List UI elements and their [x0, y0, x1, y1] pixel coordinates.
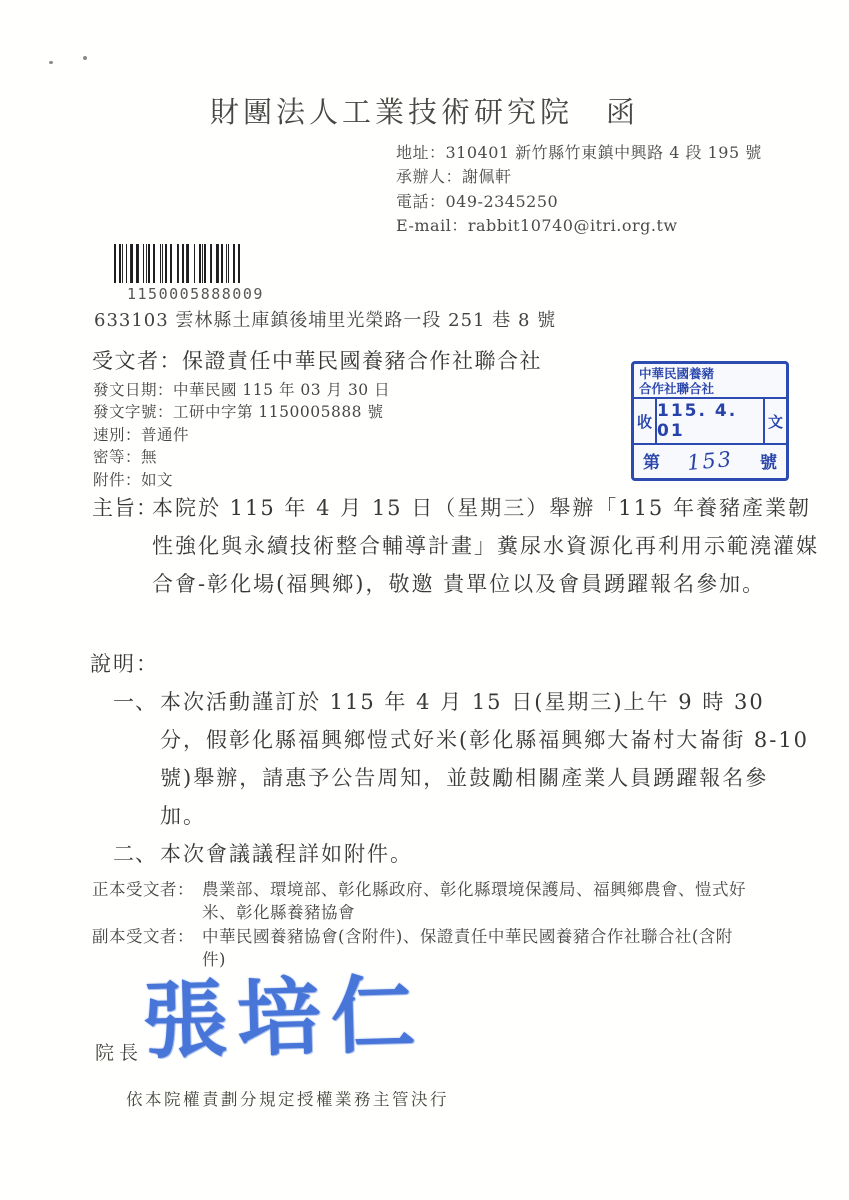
scan-artifact-dot: [49, 61, 53, 64]
security-class: 密等：無: [93, 446, 390, 468]
sender-contact-person: 承辦人：謝佩軒: [396, 165, 762, 189]
description-label: 說明：: [90, 645, 159, 683]
item-number: 一、: [113, 683, 157, 721]
letter-title: 財團法人工業技術研究院 函: [0, 90, 849, 131]
receipt-stamp: 中華民國養豬 合作社聯合社 收 115. 4. 01 文 第 153 號: [631, 361, 789, 481]
stamp-number-suffix: 號: [760, 448, 777, 473]
copy-recipients-text: 中華民國養豬協會(含附件)、保證責任中華民國養豬合作社聯合社(含附件): [202, 925, 747, 971]
copy-recipients: 副本受文者： 中華民國養豬協會(含附件)、保證責任中華民國養豬合作社聯合社(含附…: [92, 925, 849, 971]
issue-date: 發文日期：中華民國 115 年 03 月 30 日: [93, 379, 390, 401]
sender-phone: 電話：049-2345250: [396, 190, 762, 214]
description-item: 一、 本次活動謹訂於 115 年 4 月 15 日(星期三)上午 9 時 30 …: [113, 683, 810, 835]
subject-section: 主旨： 本院於 115 年 4 月 15 日（星期三）舉辦「115 年養豬產業韌…: [92, 489, 824, 603]
stamp-date-row: 收 115. 4. 01 文: [634, 399, 786, 445]
doc-number: 發文字號：工研中字第 1150005888 號: [93, 401, 390, 423]
stamp-number-value: 153: [686, 447, 734, 475]
item-number: 二、: [113, 835, 157, 873]
sender-info-block: 地址：310401 新竹縣竹東鎮中興路 4 段 195 號 承辦人：謝佩軒 電話…: [396, 141, 762, 239]
stamp-org-name: 中華民國養豬 合作社聯合社: [634, 364, 786, 399]
item-text: 本次活動謹訂於 115 年 4 月 15 日(星期三)上午 9 時 30 分，假…: [160, 690, 809, 828]
official-letter-page: 財團法人工業技術研究院 函 地址：310401 新竹縣竹東鎮中興路 4 段 19…: [0, 0, 849, 1200]
description-item: 二、 本次會議議程詳如附件。: [113, 835, 810, 873]
sender-email: E-mail：rabbit10740@itri.org.tw: [396, 214, 762, 238]
stamp-doc-char: 文: [763, 399, 786, 443]
president-title: 院長: [95, 1038, 143, 1065]
original-recipients-label: 正本受文者：: [92, 878, 194, 901]
attachment-note: 附件：如文: [93, 469, 390, 491]
copy-recipients-label: 副本受文者：: [92, 925, 194, 948]
original-recipients: 正本受文者： 農業部、環境部、彰化縣政府、彰化縣環境保護局、福興鄉農會、愷式好米…: [92, 878, 849, 924]
scan-artifact-dot: [83, 56, 87, 60]
authorization-note: 依本院權責劃分規定授權業務主管決行: [126, 1086, 449, 1110]
mailing-address: 633103 雲林縣土庫鎮後埔里光榮路一段 251 巷 8 號: [94, 306, 556, 332]
document-meta-block: 發文日期：中華民國 115 年 03 月 30 日 發文字號：工研中字第 115…: [93, 379, 390, 491]
president-signature-stamp: 張培仁: [142, 964, 427, 1071]
original-recipients-text: 農業部、環境部、彰化縣政府、彰化縣環境保護局、福興鄉農會、愷式好米、彰化縣養豬協…: [202, 878, 747, 924]
stamp-number-prefix: 第: [643, 448, 660, 473]
speed-class: 速別：普通件: [93, 424, 390, 446]
item-text: 本次會議議程詳如附件。: [160, 842, 413, 866]
subject-text: 本院於 115 年 4 月 15 日（星期三）舉辦「115 年養豬產業韌性強化與…: [152, 496, 819, 596]
stamp-received-date: 115. 4. 01: [657, 399, 763, 443]
stamp-received-char: 收: [634, 399, 657, 443]
stamp-org-row: 中華民國養豬: [639, 366, 781, 381]
stamp-org-row: 合作社聯合社: [639, 381, 781, 396]
sender-address: 地址：310401 新竹縣竹東鎮中興路 4 段 195 號: [396, 141, 762, 165]
barcode-number: 1150005888009: [127, 285, 264, 303]
recipient-line: 受文者：保證責任中華民國養豬合作社聯合社: [92, 345, 542, 375]
subject-label: 主旨：: [92, 489, 158, 527]
barcode-image: [114, 244, 240, 283]
stamp-number-row: 第 153 號: [634, 445, 786, 476]
